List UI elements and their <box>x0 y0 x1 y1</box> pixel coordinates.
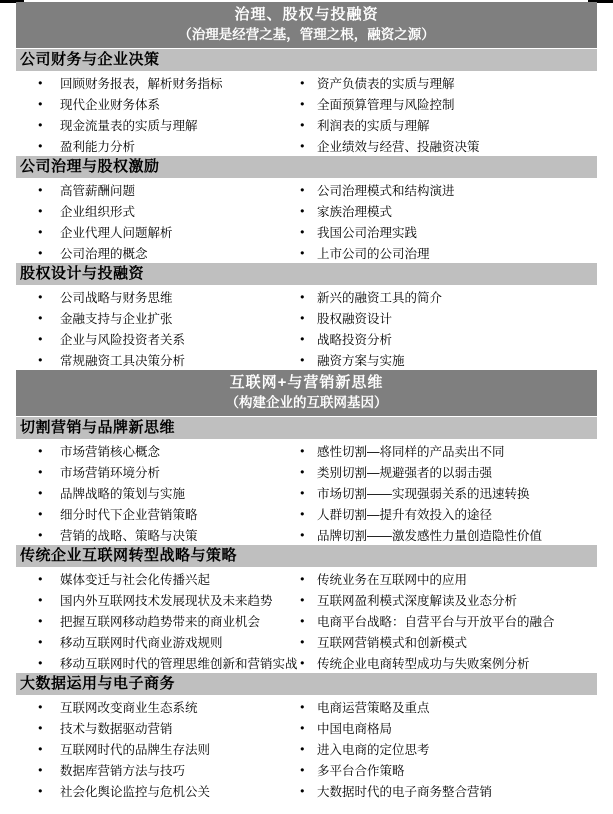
list-item-text: 传统业务在互联网中的应用 <box>317 570 467 588</box>
bullet-icon: ● <box>300 79 317 87</box>
list-item-text: 媒体变迁与社会化传播兴起 <box>60 570 210 588</box>
bullet-icon: ● <box>38 447 60 455</box>
bullet-icon: ● <box>300 142 317 150</box>
bullet-icon: ● <box>300 489 317 497</box>
list-item-text: 互联网改变商业生态系统 <box>60 698 198 716</box>
list-item: ●上市公司的公司治理 <box>300 242 597 263</box>
list-item: ●市场切割——实现强弱关系的迅速转换 <box>300 482 597 503</box>
bullet-icon: ● <box>300 293 317 301</box>
list-item: ●市场营销环境分析 <box>16 461 300 482</box>
course-outline: 治理、股权与投融资 （治理是经营之基，管理之根，融资之源） 公司财务与企业决策 … <box>16 2 597 801</box>
bullet-icon: ● <box>300 510 317 518</box>
list-item-text: 细分时代下企业营销策略 <box>60 505 198 523</box>
list-item: ●多平台合作策略 <box>300 759 597 780</box>
list-item-text: 传统企业电商转型成功与失败案例分析 <box>317 654 530 672</box>
list-item: ●融资方案与实施 <box>300 349 597 370</box>
list-item: ●社会化舆论监控与危机公关 <box>16 780 300 801</box>
list-item-text: 国内外互联网技术发展现状及未来趋势 <box>60 591 273 609</box>
list-item: ●国内外互联网技术发展现状及未来趋势 <box>16 589 300 610</box>
list-item: ●移动互联网时代的管理思维创新和营销实战 <box>16 652 300 673</box>
list-item: ●高管薪酬问题 <box>16 179 300 200</box>
bullet-icon: ● <box>300 531 317 539</box>
list-item: ●细分时代下企业营销策略 <box>16 503 300 524</box>
list-item: ●全面预算管理与风险控制 <box>300 93 597 114</box>
list-item: ●品牌切割——激发感性力量创造隐性价值 <box>300 524 597 545</box>
list-item: ●营销的战略、策略与决策 <box>16 524 300 545</box>
list-item-text: 金融支持与企业扩张 <box>60 309 173 327</box>
document-page: 治理、股权与投融资 （治理是经营之基，管理之根，融资之源） 公司财务与企业决策 … <box>0 0 613 814</box>
list-item-text: 多平台合作策略 <box>317 761 405 779</box>
list-item-text: 公司治理的概念 <box>60 244 148 262</box>
list-item-text: 电商平台战略：自营平台与开放平台的融合 <box>317 612 555 630</box>
bullet-icon: ● <box>38 79 60 87</box>
bullet-icon: ● <box>300 745 317 753</box>
bullet-icon: ● <box>38 659 60 667</box>
bullet-icon: ● <box>300 787 317 795</box>
list-item: ●感性切割—将同样的产品卖出不同 <box>300 440 597 461</box>
list-item-text: 营销的战略、策略与决策 <box>60 526 198 544</box>
part2-title: 互联网+与营销新思维 <box>16 373 597 392</box>
list-item-text: 类别切割—规避强者的以弱击强 <box>317 463 492 481</box>
list-item-text: 盈利能力分析 <box>60 137 135 155</box>
bullet-icon: ● <box>38 489 60 497</box>
part2-header: 互联网+与营销新思维 （构建企业的互联网基因） <box>16 370 597 416</box>
list-item-text: 互联网盈利模式深度解读及业态分析 <box>317 591 517 609</box>
bullet-icon: ● <box>38 335 60 343</box>
part2-subtitle: （构建企业的互联网基因） <box>16 394 597 411</box>
bullet-icon: ● <box>300 100 317 108</box>
list-item-text: 企业代理人问题解析 <box>60 223 173 241</box>
list-item-text: 现代企业财务体系 <box>60 95 160 113</box>
bullet-icon: ● <box>38 356 60 364</box>
list-item-text: 资产负债表的实质与理解 <box>317 74 455 92</box>
list-item-text: 市场切割——实现强弱关系的迅速转换 <box>317 484 530 502</box>
list-item-text: 进入电商的定位思考 <box>317 740 430 758</box>
bullet-icon: ● <box>38 724 60 732</box>
list-item-text: 常规融资工具决策分析 <box>60 351 185 369</box>
list-item: ●互联网营销模式和创新模式 <box>300 631 597 652</box>
list-item: ●人群切割—提升有效投入的途径 <box>300 503 597 524</box>
list-item: ●回顾财务报表，解析财务指标 <box>16 72 300 93</box>
list-item: ●常规融资工具决策分析 <box>16 349 300 370</box>
list-item-text: 感性切割—将同样的产品卖出不同 <box>317 442 505 460</box>
list-item: ●公司战略与财务思维 <box>16 286 300 307</box>
list-item-text: 电商运营策略及重点 <box>317 698 430 716</box>
part1-title: 治理、股权与投融资 <box>16 5 597 24</box>
list-item: ●媒体变迁与社会化传播兴起 <box>16 568 300 589</box>
list-item: ●盈利能力分析 <box>16 135 300 156</box>
bullet-list-finance: ●回顾财务报表，解析财务指标●资产负债表的实质与理解●现代企业财务体系●全面预算… <box>16 72 597 156</box>
list-item-text: 数据库营销方法与技巧 <box>60 761 185 779</box>
list-item: ●把握互联网移动趋势带来的商业机会 <box>16 610 300 631</box>
bullet-icon: ● <box>38 207 60 215</box>
list-item: ●市场营销核心概念 <box>16 440 300 461</box>
list-item: ●类别切割—规避强者的以弱击强 <box>300 461 597 482</box>
section-header-marketing: 切割营销与品牌新思维 <box>16 417 597 439</box>
list-item: ●企业组织形式 <box>16 200 300 221</box>
bullet-icon: ● <box>38 703 60 711</box>
list-item: ●金融支持与企业扩张 <box>16 307 300 328</box>
list-item: ●家族治理模式 <box>300 200 597 221</box>
list-item: ●电商平台战略：自营平台与开放平台的融合 <box>300 610 597 631</box>
list-item-text: 大数据时代的电子商务整合营销 <box>317 782 492 800</box>
bullet-icon: ● <box>300 638 317 646</box>
list-item-text: 上市公司的公司治理 <box>317 244 430 262</box>
list-item-text: 把握互联网移动趋势带来的商业机会 <box>60 612 260 630</box>
part1-subtitle: （治理是经营之基，管理之根，融资之源） <box>16 26 597 43</box>
bullet-icon: ● <box>300 314 317 322</box>
list-item: ●我国公司治理实践 <box>300 221 597 242</box>
bullet-icon: ● <box>38 121 60 129</box>
bullet-icon: ● <box>38 249 60 257</box>
list-item: ●互联网改变商业生态系统 <box>16 696 300 717</box>
list-item-text: 公司治理模式和结构演进 <box>317 181 455 199</box>
section-header-transform: 传统企业互联网转型战略与策略 <box>16 545 597 567</box>
bullet-icon: ● <box>38 596 60 604</box>
bullet-icon: ● <box>300 207 317 215</box>
list-item: ●传统企业电商转型成功与失败案例分析 <box>300 652 597 673</box>
list-item: ●股权融资设计 <box>300 307 597 328</box>
bullet-icon: ● <box>38 510 60 518</box>
bullet-icon: ● <box>38 787 60 795</box>
bullet-icon: ● <box>38 766 60 774</box>
list-item-text: 利润表的实质与理解 <box>317 116 430 134</box>
list-item-text: 新兴的融资工具的简介 <box>317 288 442 306</box>
list-item: ●互联网时代的品牌生存法则 <box>16 738 300 759</box>
bullet-list-equity: ●公司战略与财务思维●新兴的融资工具的简介●金融支持与企业扩张●股权融资设计●企… <box>16 286 597 370</box>
list-item-text: 技术与数据驱动营销 <box>60 719 173 737</box>
bullet-icon: ● <box>300 121 317 129</box>
list-item-text: 企业与风险投资者关系 <box>60 330 185 348</box>
bullet-icon: ● <box>300 575 317 583</box>
list-item-text: 公司战略与财务思维 <box>60 288 173 306</box>
list-item-text: 市场营销核心概念 <box>60 442 160 460</box>
bullet-icon: ● <box>300 659 317 667</box>
list-item-text: 全面预算管理与风险控制 <box>317 95 455 113</box>
bullet-icon: ● <box>38 314 60 322</box>
list-item-text: 现金流量表的实质与理解 <box>60 116 198 134</box>
section-header-equity: 股权设计与投融资 <box>16 263 597 285</box>
section-header-finance: 公司财务与企业决策 <box>16 49 597 71</box>
bullet-icon: ● <box>300 596 317 604</box>
list-item: ●移动互联网时代商业游戏规则 <box>16 631 300 652</box>
list-item-text: 移动互联网时代商业游戏规则 <box>60 633 223 651</box>
list-item-text: 互联网营销模式和创新模式 <box>317 633 467 651</box>
list-item-text: 回顾财务报表，解析财务指标 <box>60 74 223 92</box>
section-header-bigdata: 大数据运用与电子商务 <box>16 673 597 695</box>
list-item: ●电商运营策略及重点 <box>300 696 597 717</box>
list-item: ●数据库营销方法与技巧 <box>16 759 300 780</box>
bullet-icon: ● <box>300 703 317 711</box>
list-item-text: 市场营销环境分析 <box>60 463 160 481</box>
bullet-icon: ● <box>38 468 60 476</box>
list-item-text: 移动互联网时代的管理思维创新和营销实战 <box>60 654 298 672</box>
bullet-list-transform: ●媒体变迁与社会化传播兴起●传统业务在互联网中的应用●国内外互联网技术发展现状及… <box>16 568 597 673</box>
list-item-text: 人群切割—提升有效投入的途径 <box>317 505 492 523</box>
list-item: ●中国电商格局 <box>300 717 597 738</box>
bullet-icon: ● <box>38 617 60 625</box>
list-item-text: 我国公司治理实践 <box>317 223 417 241</box>
bullet-icon: ● <box>300 356 317 364</box>
list-item: ●进入电商的定位思考 <box>300 738 597 759</box>
bullet-icon: ● <box>38 575 60 583</box>
bullet-icon: ● <box>38 142 60 150</box>
list-item-text: 企业绩效与经营、投融资决策 <box>317 137 480 155</box>
list-item-text: 品牌切割——激发感性力量创造隐性价值 <box>317 526 542 544</box>
list-item: ●公司治理的概念 <box>16 242 300 263</box>
bullet-icon: ● <box>300 617 317 625</box>
list-item: ●品牌战略的策划与实施 <box>16 482 300 503</box>
bullet-icon: ● <box>300 228 317 236</box>
list-item-text: 融资方案与实施 <box>317 351 405 369</box>
list-item-text: 家族治理模式 <box>317 202 392 220</box>
list-item-text: 品牌战略的策划与实施 <box>60 484 185 502</box>
list-item: ●战略投资分析 <box>300 328 597 349</box>
bullet-icon: ● <box>38 228 60 236</box>
part1-header: 治理、股权与投融资 （治理是经营之基，管理之根，融资之源） <box>16 2 597 48</box>
list-item: ●资产负债表的实质与理解 <box>300 72 597 93</box>
list-item: ●互联网盈利模式深度解读及业态分析 <box>300 589 597 610</box>
bullet-icon: ● <box>38 186 60 194</box>
list-item-text: 企业组织形式 <box>60 202 135 220</box>
list-item: ●企业与风险投资者关系 <box>16 328 300 349</box>
bullet-icon: ● <box>38 638 60 646</box>
list-item: ●现代企业财务体系 <box>16 93 300 114</box>
bullet-icon: ● <box>300 249 317 257</box>
list-item: ●公司治理模式和结构演进 <box>300 179 597 200</box>
bullet-list-bigdata: ●互联网改变商业生态系统●电商运营策略及重点●技术与数据驱动营销●中国电商格局●… <box>16 696 597 801</box>
list-item: ●利润表的实质与理解 <box>300 114 597 135</box>
bullet-icon: ● <box>300 447 317 455</box>
bullet-icon: ● <box>38 293 60 301</box>
list-item: ●企业绩效与经营、投融资决策 <box>300 135 597 156</box>
bullet-icon: ● <box>38 100 60 108</box>
section-header-governance: 公司治理与股权激励 <box>16 156 597 178</box>
list-item: ●新兴的融资工具的简介 <box>300 286 597 307</box>
bullet-icon: ● <box>300 186 317 194</box>
bullet-icon: ● <box>300 724 317 732</box>
bullet-icon: ● <box>38 745 60 753</box>
bullet-list-governance: ●高管薪酬问题●公司治理模式和结构演进●企业组织形式●家族治理模式●企业代理人问… <box>16 179 597 263</box>
bullet-icon: ● <box>38 531 60 539</box>
list-item: ●大数据时代的电子商务整合营销 <box>300 780 597 801</box>
list-item-text: 互联网时代的品牌生存法则 <box>60 740 210 758</box>
list-item-text: 中国电商格局 <box>317 719 392 737</box>
bullet-icon: ● <box>300 766 317 774</box>
bullet-icon: ● <box>300 468 317 476</box>
bullet-icon: ● <box>300 335 317 343</box>
list-item: ●企业代理人问题解析 <box>16 221 300 242</box>
list-item-text: 社会化舆论监控与危机公关 <box>60 782 210 800</box>
list-item-text: 股权融资设计 <box>317 309 392 327</box>
list-item: ●技术与数据驱动营销 <box>16 717 300 738</box>
list-item: ●现金流量表的实质与理解 <box>16 114 300 135</box>
list-item: ●传统业务在互联网中的应用 <box>300 568 597 589</box>
bullet-list-marketing: ●市场营销核心概念●感性切割—将同样的产品卖出不同●市场营销环境分析●类别切割—… <box>16 440 597 545</box>
list-item-text: 战略投资分析 <box>317 330 392 348</box>
list-item-text: 高管薪酬问题 <box>60 181 135 199</box>
